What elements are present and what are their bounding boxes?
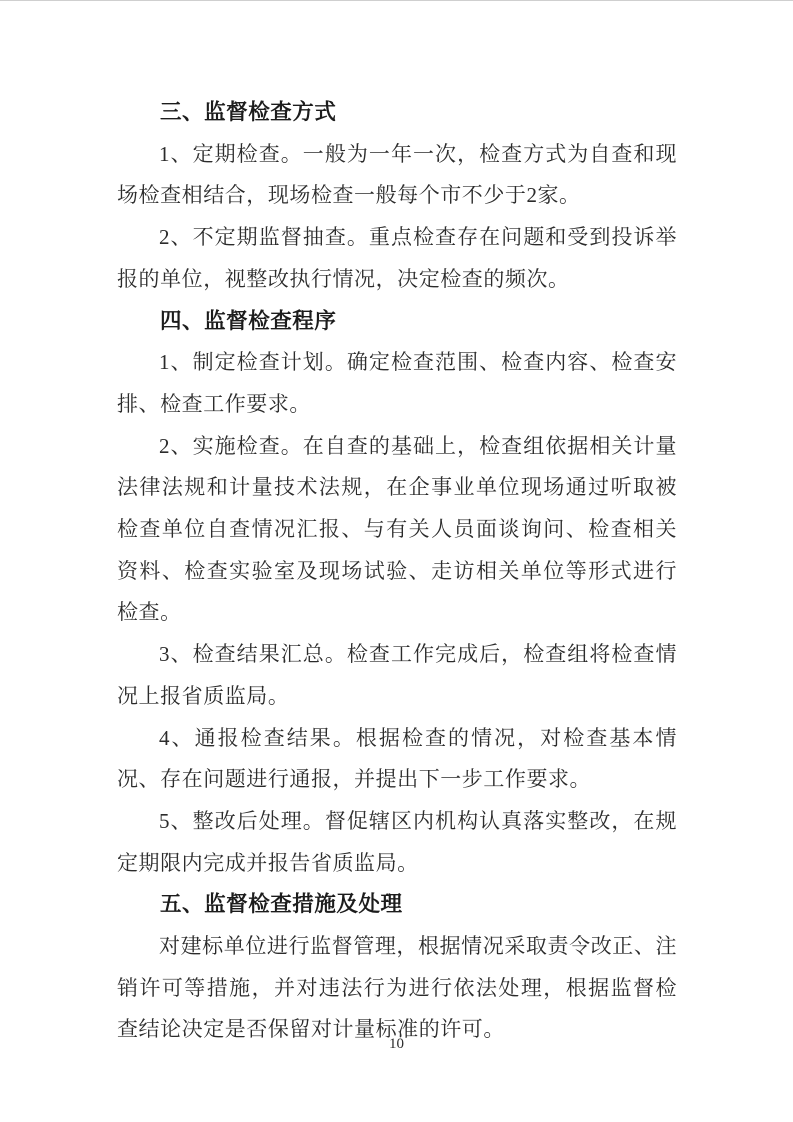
section-heading-4: 四、监督检查程序	[117, 301, 677, 343]
body-paragraph: 对建标单位进行监督管理，根据情况采取责令改正、注销许可等措施，并对违法行为进行依…	[117, 926, 677, 1051]
document-body: 三、监督检查方式 1、定期检查。一般为一年一次，检查方式为自查和现场检查相结合，…	[117, 92, 677, 1051]
page-number: 10	[0, 1036, 793, 1053]
body-paragraph: 2、不定期监督抽查。重点检查存在问题和受到投诉举报的单位，视整改执行情况，决定检…	[117, 217, 677, 300]
body-paragraph: 1、定期检查。一般为一年一次，检查方式为自查和现场检查相结合，现场检查一般每个市…	[117, 134, 677, 217]
section-heading-5: 五、监督检查措施及处理	[117, 884, 677, 926]
document-page: 三、监督检查方式 1、定期检查。一般为一年一次，检查方式为自查和现场检查相结合，…	[0, 0, 793, 1122]
body-paragraph: 4、通报检查结果。根据检查的情况，对检查基本情况、存在问题进行通报，并提出下一步…	[117, 718, 677, 801]
body-paragraph: 5、整改后处理。督促辖区内机构认真落实整改，在规定期限内完成并报告省质监局。	[117, 801, 677, 884]
body-paragraph: 3、检查结果汇总。检查工作完成后，检查组将检查情况上报省质监局。	[117, 634, 677, 717]
section-heading-3: 三、监督检查方式	[117, 92, 677, 134]
page-top-edge	[0, 0, 793, 1]
body-paragraph: 1、制定检查计划。确定检查范围、检查内容、检查安排、检查工作要求。	[117, 342, 677, 425]
body-paragraph: 2、实施检查。在自查的基础上，检查组依据相关计量法律法规和计量技术法规，在企事业…	[117, 426, 677, 635]
